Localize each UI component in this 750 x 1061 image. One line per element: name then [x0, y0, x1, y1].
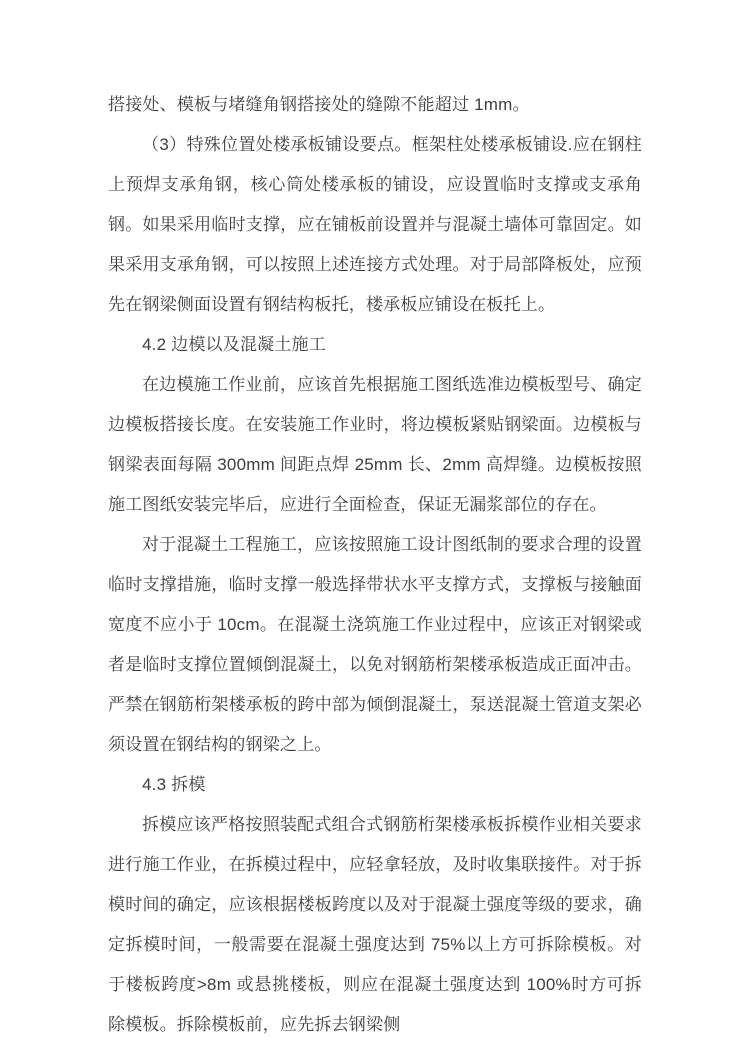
paragraph: 在边模施工作业前，应该首先根据施工图纸选准边模板型号、确定边模板搭接长度。在安装…: [108, 365, 642, 525]
paragraph: 拆模应该严格按照装配式组合式钢筋桁架楼承板拆模作业相关要求进行施工作业，在拆模过…: [108, 805, 642, 1045]
document-page: 搭接处、模板与堵缝角钢搭接处的缝隙不能超过 1mm。（3）特殊位置处楼承板铺设要…: [0, 0, 750, 1061]
paragraph: 搭接处、模板与堵缝角钢搭接处的缝隙不能超过 1mm。: [108, 85, 642, 125]
paragraph: 对于混凝土工程施工，应该按照施工设计图纸制的要求合理的设置临时支撑措施，临时支撑…: [108, 525, 642, 765]
section-heading: 4.2 边模以及混凝土施工: [108, 325, 642, 365]
section-heading: 4.3 拆模: [108, 765, 642, 805]
document-body: 搭接处、模板与堵缝角钢搭接处的缝隙不能超过 1mm。（3）特殊位置处楼承板铺设要…: [108, 85, 642, 1045]
paragraph: （3）特殊位置处楼承板铺设要点。框架柱处楼承板铺设.应在钢柱上预焊支承角钢，核心…: [108, 125, 642, 325]
